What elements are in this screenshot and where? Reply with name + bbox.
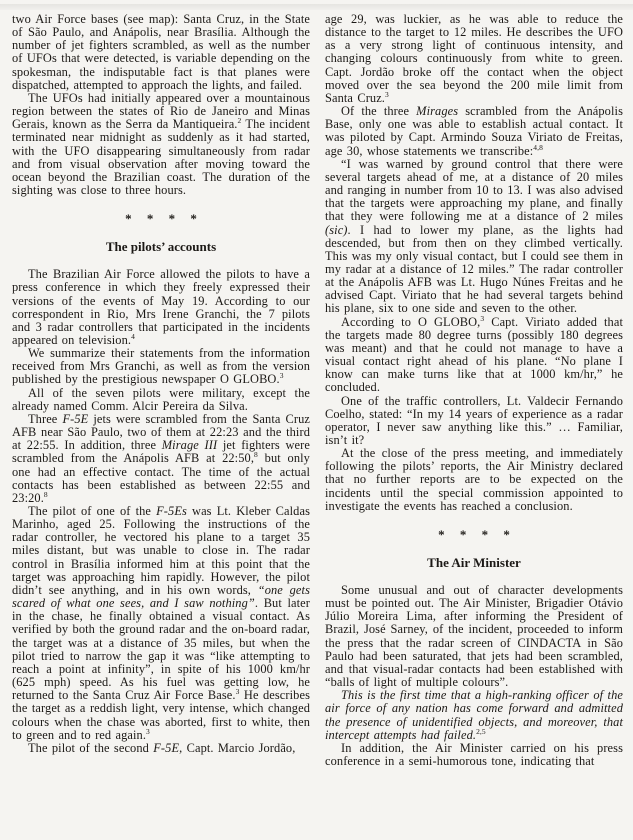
asterisk-separator: * * * *	[325, 528, 623, 541]
paragraph: At the close of the press meeting, and i…	[325, 447, 623, 513]
text-run: age 29, was luckier, as he was able to r…	[325, 12, 623, 105]
text-run: F-5Es	[156, 504, 187, 518]
column-left: two Air Force bases (see map): Santa Cru…	[12, 13, 310, 768]
paragraph: Three F-5E jets were scrambled from the …	[12, 413, 310, 505]
footnote-reference: 3	[385, 90, 389, 99]
paragraph: One of the traffic controllers, Lt. Vald…	[325, 395, 623, 448]
text-run: Some unusual and out of character develo…	[325, 583, 623, 689]
text-run: One of the traffic controllers, Lt. Vald…	[325, 394, 623, 447]
paragraph: We summarize their statements from the i…	[12, 347, 310, 386]
text-run: “I was warned by ground control that the…	[325, 157, 623, 224]
text-run: According to O GLOBO,	[341, 315, 480, 329]
footnote-reference: 3	[146, 727, 150, 736]
footnote-reference: 4	[131, 332, 135, 341]
text-run: . But later in the chase, he finally obt…	[12, 596, 310, 702]
paragraph: All of the seven pilots were military, e…	[12, 387, 310, 413]
text-run: , Capt. Marcio Jordão,	[179, 741, 295, 755]
paragraph: The pilot of the second F-5E, Capt. Marc…	[12, 742, 310, 755]
column-right: age 29, was luckier, as he was able to r…	[325, 13, 623, 768]
footnote-reference: 3	[280, 371, 284, 380]
text-run: The Brazilian Air Force allowed the pilo…	[12, 267, 310, 347]
section-heading: The pilots’ accounts	[12, 240, 310, 253]
text-run: . I had to lower my plane, as the lights…	[325, 223, 623, 316]
paragraph: two Air Force bases (see map): Santa Cru…	[12, 13, 310, 92]
paragraph: The UFOs had initially appeared over a m…	[12, 92, 310, 197]
paragraph: According to O GLOBO,3 Capt. Viriato add…	[325, 316, 623, 395]
text-run: F-5E	[62, 412, 88, 426]
paragraph: Of the three Mirages scrambled from the …	[325, 105, 623, 158]
text-run: two Air Force bases (see map): Santa Cru…	[12, 12, 310, 92]
text-run: In addition, the Air Minister carried on…	[325, 741, 623, 768]
text-run: The pilot of one of the	[28, 504, 156, 518]
text-run: This is the first time that a high-ranki…	[325, 688, 623, 741]
page: two Air Force bases (see map): Santa Cru…	[0, 0, 633, 840]
text-run: The pilot of the second	[28, 741, 153, 755]
text-run: At the close of the press meeting, and i…	[325, 446, 623, 513]
paragraph: The Brazilian Air Force allowed the pilo…	[12, 268, 310, 347]
text-run: (sic)	[325, 223, 348, 237]
text-run: We summarize their statements from the i…	[12, 346, 310, 386]
text-run: F-5E	[153, 741, 179, 755]
footnote-reference: 4,8	[533, 142, 543, 151]
paragraph: age 29, was luckier, as he was able to r…	[325, 13, 623, 105]
paragraph: In addition, the Air Minister carried on…	[325, 742, 623, 768]
footnote-reference: 8	[44, 490, 48, 499]
section-heading: The Air Minister	[325, 556, 623, 569]
paragraph: This is the first time that a high-ranki…	[325, 689, 623, 742]
paragraph: Some unusual and out of character develo…	[325, 584, 623, 689]
paragraph: “I was warned by ground control that the…	[325, 158, 623, 316]
footnote-reference: 2,5	[476, 727, 486, 736]
asterisk-separator: * * * *	[12, 212, 310, 225]
paragraph: The pilot of one of the F-5Es was Lt. Kl…	[12, 505, 310, 742]
text-run: All of the seven pilots were military, e…	[12, 386, 310, 413]
two-column-text-layout: two Air Force bases (see map): Santa Cru…	[12, 13, 623, 768]
text-run: Mirages	[416, 104, 458, 118]
text-run: Three	[28, 412, 62, 426]
text-run: Of the three	[341, 104, 416, 118]
